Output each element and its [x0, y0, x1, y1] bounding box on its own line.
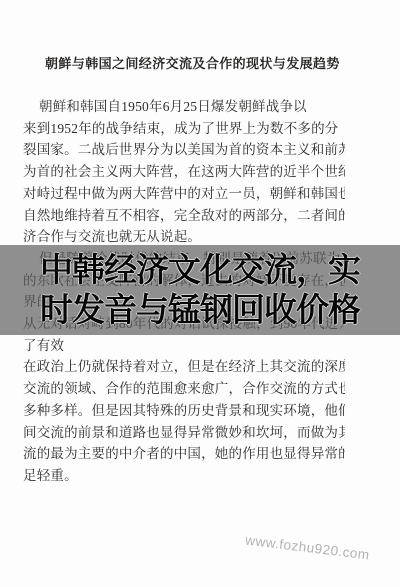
document-line: 裂国家。二战后世界分为以美国为首的资本主义和前苏联	[23, 139, 345, 161]
document-line: 对峙过程中做为两大阵营中的对立一员，朝鲜和韩国也很	[23, 183, 345, 205]
document-line: 交流的领域、合作的范围愈来愈广，合作交流的方式也是	[23, 378, 345, 400]
document-line: 朝鲜和韩国自1950年6月25日爆发朝鲜战争以	[23, 96, 345, 118]
document-line: 自然地维持着互不相容，完全敌对的两部分，二者间的经	[23, 205, 345, 227]
headline-overlay: 中韩经济文化交流，实 时发音与锰钢回收价格	[0, 245, 400, 335]
headline-line-2: 时发音与锰钢回收价格	[40, 290, 360, 330]
site-watermark: www.fozhu920.com	[244, 532, 370, 562]
document-line: 流的最为主要的中介者的中国，她的作用也显得异常的举	[23, 443, 345, 465]
document-heading: 朝鲜与韩国之间经济交流及合作的现状与发展趋势	[45, 53, 345, 72]
document-line: 在政治上仍就保持着对立，但是在经济上其交流的深度、	[23, 356, 345, 378]
document-line: 间交流的前景和道路也显得异常微妙和坎坷，而做为其交	[23, 422, 345, 444]
headline-line-1: 中韩经济文化交流，实	[40, 250, 360, 290]
document-line: 来到1952年的战争结束，成为了世界上为数不多的分	[23, 118, 345, 140]
document-line: 了有效	[23, 335, 345, 357]
document-line: 足轻重。	[23, 465, 345, 487]
document-line: 为首的社会主义两大阵营，在这两大阵营的近半个世纪的	[23, 161, 345, 183]
article-thumbnail: 朝鲜与韩国之间经济交流及合作的现状与发展趋势 朝鲜和韩国自1950年6月25日爆…	[0, 0, 400, 587]
document-line: 多种多样。但是因其特殊的历史背景和现实环境，他们之	[23, 400, 345, 422]
